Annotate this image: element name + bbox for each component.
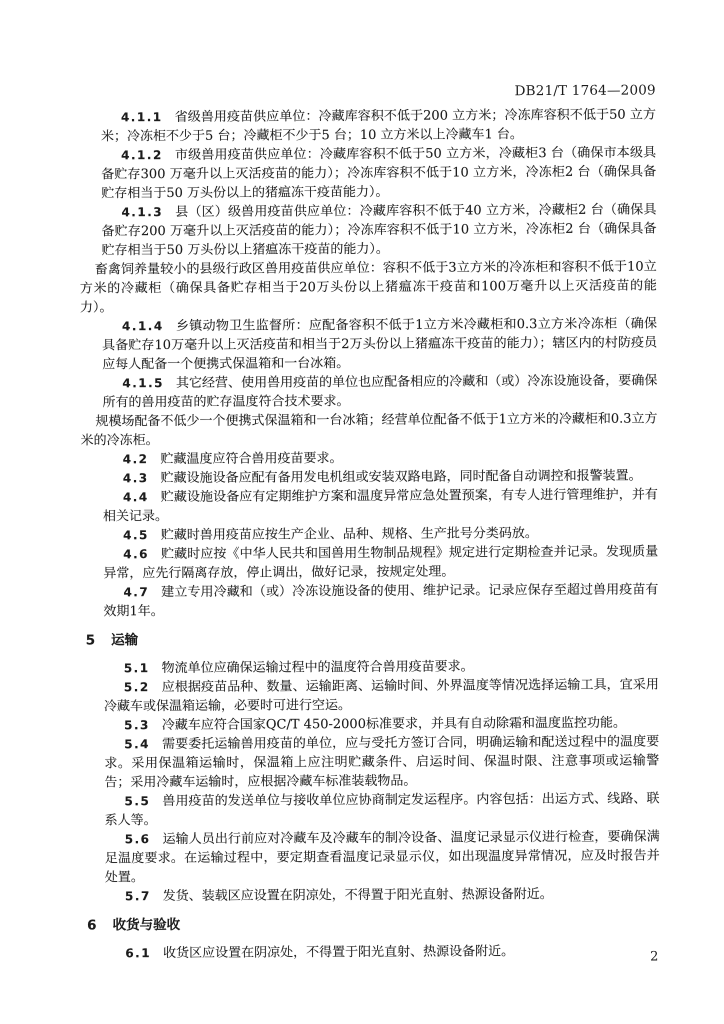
clause-number: 4.1.5 (122, 376, 164, 390)
clause-text: 乡镇动物卫生监督所：应配备容积不低于1立方米冷藏柜和0.3立方米冷冻柜（确保具备… (102, 316, 657, 372)
clause-5-2: 5.2应根据疫苗品种、数量、运输距离、运输时间、外界温度等情况选择运输工具，宜采… (86, 675, 659, 716)
clause-number: 4.7 (123, 585, 149, 599)
clause-4-1-5: 4.1.5其它经营、使用兽用疫苗的单位也应配备相应的冷藏和（或）冷冻设施设备，要… (84, 371, 657, 412)
section-title: 运输 (111, 632, 138, 648)
clause-number: 5.5 (124, 794, 150, 808)
clause-4-4: 4.4贮藏设施设备应有定期维护方案和温度异常应急处置预案，有专人进行管理维护，并… (85, 485, 658, 526)
clause-text: 收货区应设置在阴凉处，不得置于阳光直射、热源设备附近。 (163, 944, 514, 961)
clause-text: 需要委托运输兽用疫苗的单位，应与受托方签订合同，明确运输和配送过程中的温度要求。… (104, 734, 659, 790)
clause-number: 6.1 (125, 946, 151, 960)
paragraph-scale-farm: 规模场配备不低少一个便携式保温箱和一台冰箱；经营单位配备不低于1立方米的冷藏柜和… (80, 409, 657, 450)
clause-text: 建立专用冷藏和（或）冷冻设施设备的使用、维护记录。记录应保存至超过兽用疫苗有效期… (103, 582, 658, 619)
section-heading-6: 6收货与验收 (87, 913, 660, 935)
clause-5-6: 5.6运输人员出行前应对冷藏车及冷藏车的制冷设备、温度记录显示仪进行检查，要确保… (87, 827, 660, 887)
clause-number: 4.4 (123, 490, 149, 504)
clause-5-5: 5.5兽用疫苗的发送单位与接收单位应协商制定发运程序。内容包括：出运方式、线路、… (86, 789, 659, 830)
clause-number: 4.5 (123, 528, 149, 542)
document-page: DB21/T 1764—2009 4.1.1省级兽用疫苗供应单位：冷藏库容积不低… (0, 0, 724, 1024)
clause-text: 运输人员出行前应对冷藏车及冷藏车的制冷设备、温度记录显示仪进行检查，要确保满足温… (105, 829, 660, 885)
paragraph-small-county: 畜禽饲养量较小的县级行政区兽用疫苗供应单位：容积不低于3立方米的冷冻柜和容积不低… (80, 257, 657, 317)
clause-text: 贮藏时兽用疫苗应按生产企业、品种、规格、生产批号分类码放。 (161, 526, 538, 543)
clause-number: 4.1.2 (121, 148, 163, 162)
section-heading-5: 5运输 (86, 628, 659, 650)
clause-text: 县（区）级兽用疫苗供应单位：冷藏库容积不低于40 立方米，冷藏柜2 台（确保具备… (101, 202, 656, 258)
clause-text: 其它经营、使用兽用疫苗的单位也应配备相应的冷藏和（或）冷冻设施设备，要确保所有的… (102, 373, 657, 410)
section-title: 收货与验收 (113, 917, 181, 933)
clause-number: 5.7 (125, 889, 151, 903)
clause-5-7: 5.7发货、装载区应设置在阴凉处，不得置于阳光直射、热源设备附近。 (87, 884, 660, 906)
clause-number: 4.3 (123, 471, 149, 485)
clause-number: 5.4 (124, 737, 150, 751)
standard-code: DB21/T 1764—2009 (515, 82, 656, 99)
clause-text: 贮藏时应按《中华人民共和国兽用生物制品规程》规定进行定期检查并记录。发现质量异常… (103, 544, 658, 581)
clause-4-1-4: 4.1.4乡镇动物卫生监督所：应配备容积不低于1立方米冷藏柜和0.3立方米冷冻柜… (84, 314, 657, 374)
clause-4-1-1: 4.1.1省级兽用疫苗供应单位：冷藏库容积不低于200 立方米；冷冻库容积不低于… (83, 105, 656, 146)
clause-number: 5.6 (125, 832, 151, 846)
clause-4-6: 4.6贮藏时应按《中华人民共和国兽用生物制品规程》规定进行定期检查并记录。发现质… (85, 542, 658, 583)
clause-number: 5.1 (124, 661, 150, 675)
clause-4-1-3: 4.1.3县（区）级兽用疫苗供应单位：冷藏库容积不低于40 立方米，冷藏柜2 台… (83, 200, 656, 260)
clause-text: 发货、装载区应设置在阴凉处，不得置于阳光直射、热源设备附近。 (163, 887, 553, 904)
clause-number: 4.6 (123, 547, 149, 561)
section-number: 5 (86, 632, 96, 648)
clause-text: 应根据疫苗品种、数量、运输距离、运输时间、外界温度等情况选择运输工具，宜采用冷藏… (104, 677, 659, 714)
clause-5-4: 5.4需要委托运输兽用疫苗的单位，应与受托方签订合同，明确运输和配送过程中的温度… (86, 732, 659, 792)
clause-number: 4.1.1 (121, 110, 163, 124)
clause-text: 兽用疫苗的发送单位与接收单位应协商制定发运程序。内容包括：出运方式、线路、联系人… (105, 791, 660, 828)
clause-text: 省级兽用疫苗供应单位：冷藏库容积不低于200 立方米；冷冻库容积不低于50 立方… (101, 107, 656, 144)
clause-4-7: 4.7建立专用冷藏和（或）冷冻设施设备的使用、维护记录。记录应保存至超过兽用疫苗… (85, 580, 658, 621)
clause-4-1-2: 4.1.2市级兽用疫苗供应单位：冷藏库容积不低于50 立方米，冷藏柜3 台（确保… (83, 143, 656, 203)
clause-text: 贮藏温度应符合兽用疫苗要求。 (160, 451, 342, 467)
document-body: 4.1.1省级兽用疫苗供应单位：冷藏库容积不低于200 立方米；冷冻库容积不低于… (0, 98, 724, 964)
clause-number: 4.1.4 (122, 319, 164, 333)
section-number: 6 (87, 917, 97, 933)
clause-text: 市级兽用疫苗供应单位：冷藏库容积不低于50 立方米，冷藏柜3 台（确保市本级具备… (101, 145, 656, 201)
clause-text: 贮藏设施设备应有定期维护方案和温度异常应急处置预案，有专人进行管理维护，并有相关… (103, 487, 658, 524)
page-header: DB21/T 1764—2009 (0, 0, 722, 102)
clause-number: 4.2 (123, 452, 149, 466)
clause-number: 4.1.3 (121, 205, 163, 219)
clause-text: 冷藏车应符合国家QC/T 450-2000标准要求，并具有自动除霜和温度监控功能… (162, 716, 626, 733)
clause-text: 物流单位应确保运输过程中的温度符合兽用疫苗要求。 (162, 659, 474, 676)
clause-text: 贮藏设施设备应配有备用发电机组或安装双路电路，同时配备自动调控和报警装置。 (161, 469, 642, 487)
clause-number: 5.2 (124, 680, 150, 694)
clause-6-1: 6.1收货区应设置在阴凉处，不得置于阳光直射、热源设备附近。 (87, 941, 660, 963)
clause-number: 5.3 (124, 718, 150, 732)
page-number: 2 (650, 949, 658, 964)
